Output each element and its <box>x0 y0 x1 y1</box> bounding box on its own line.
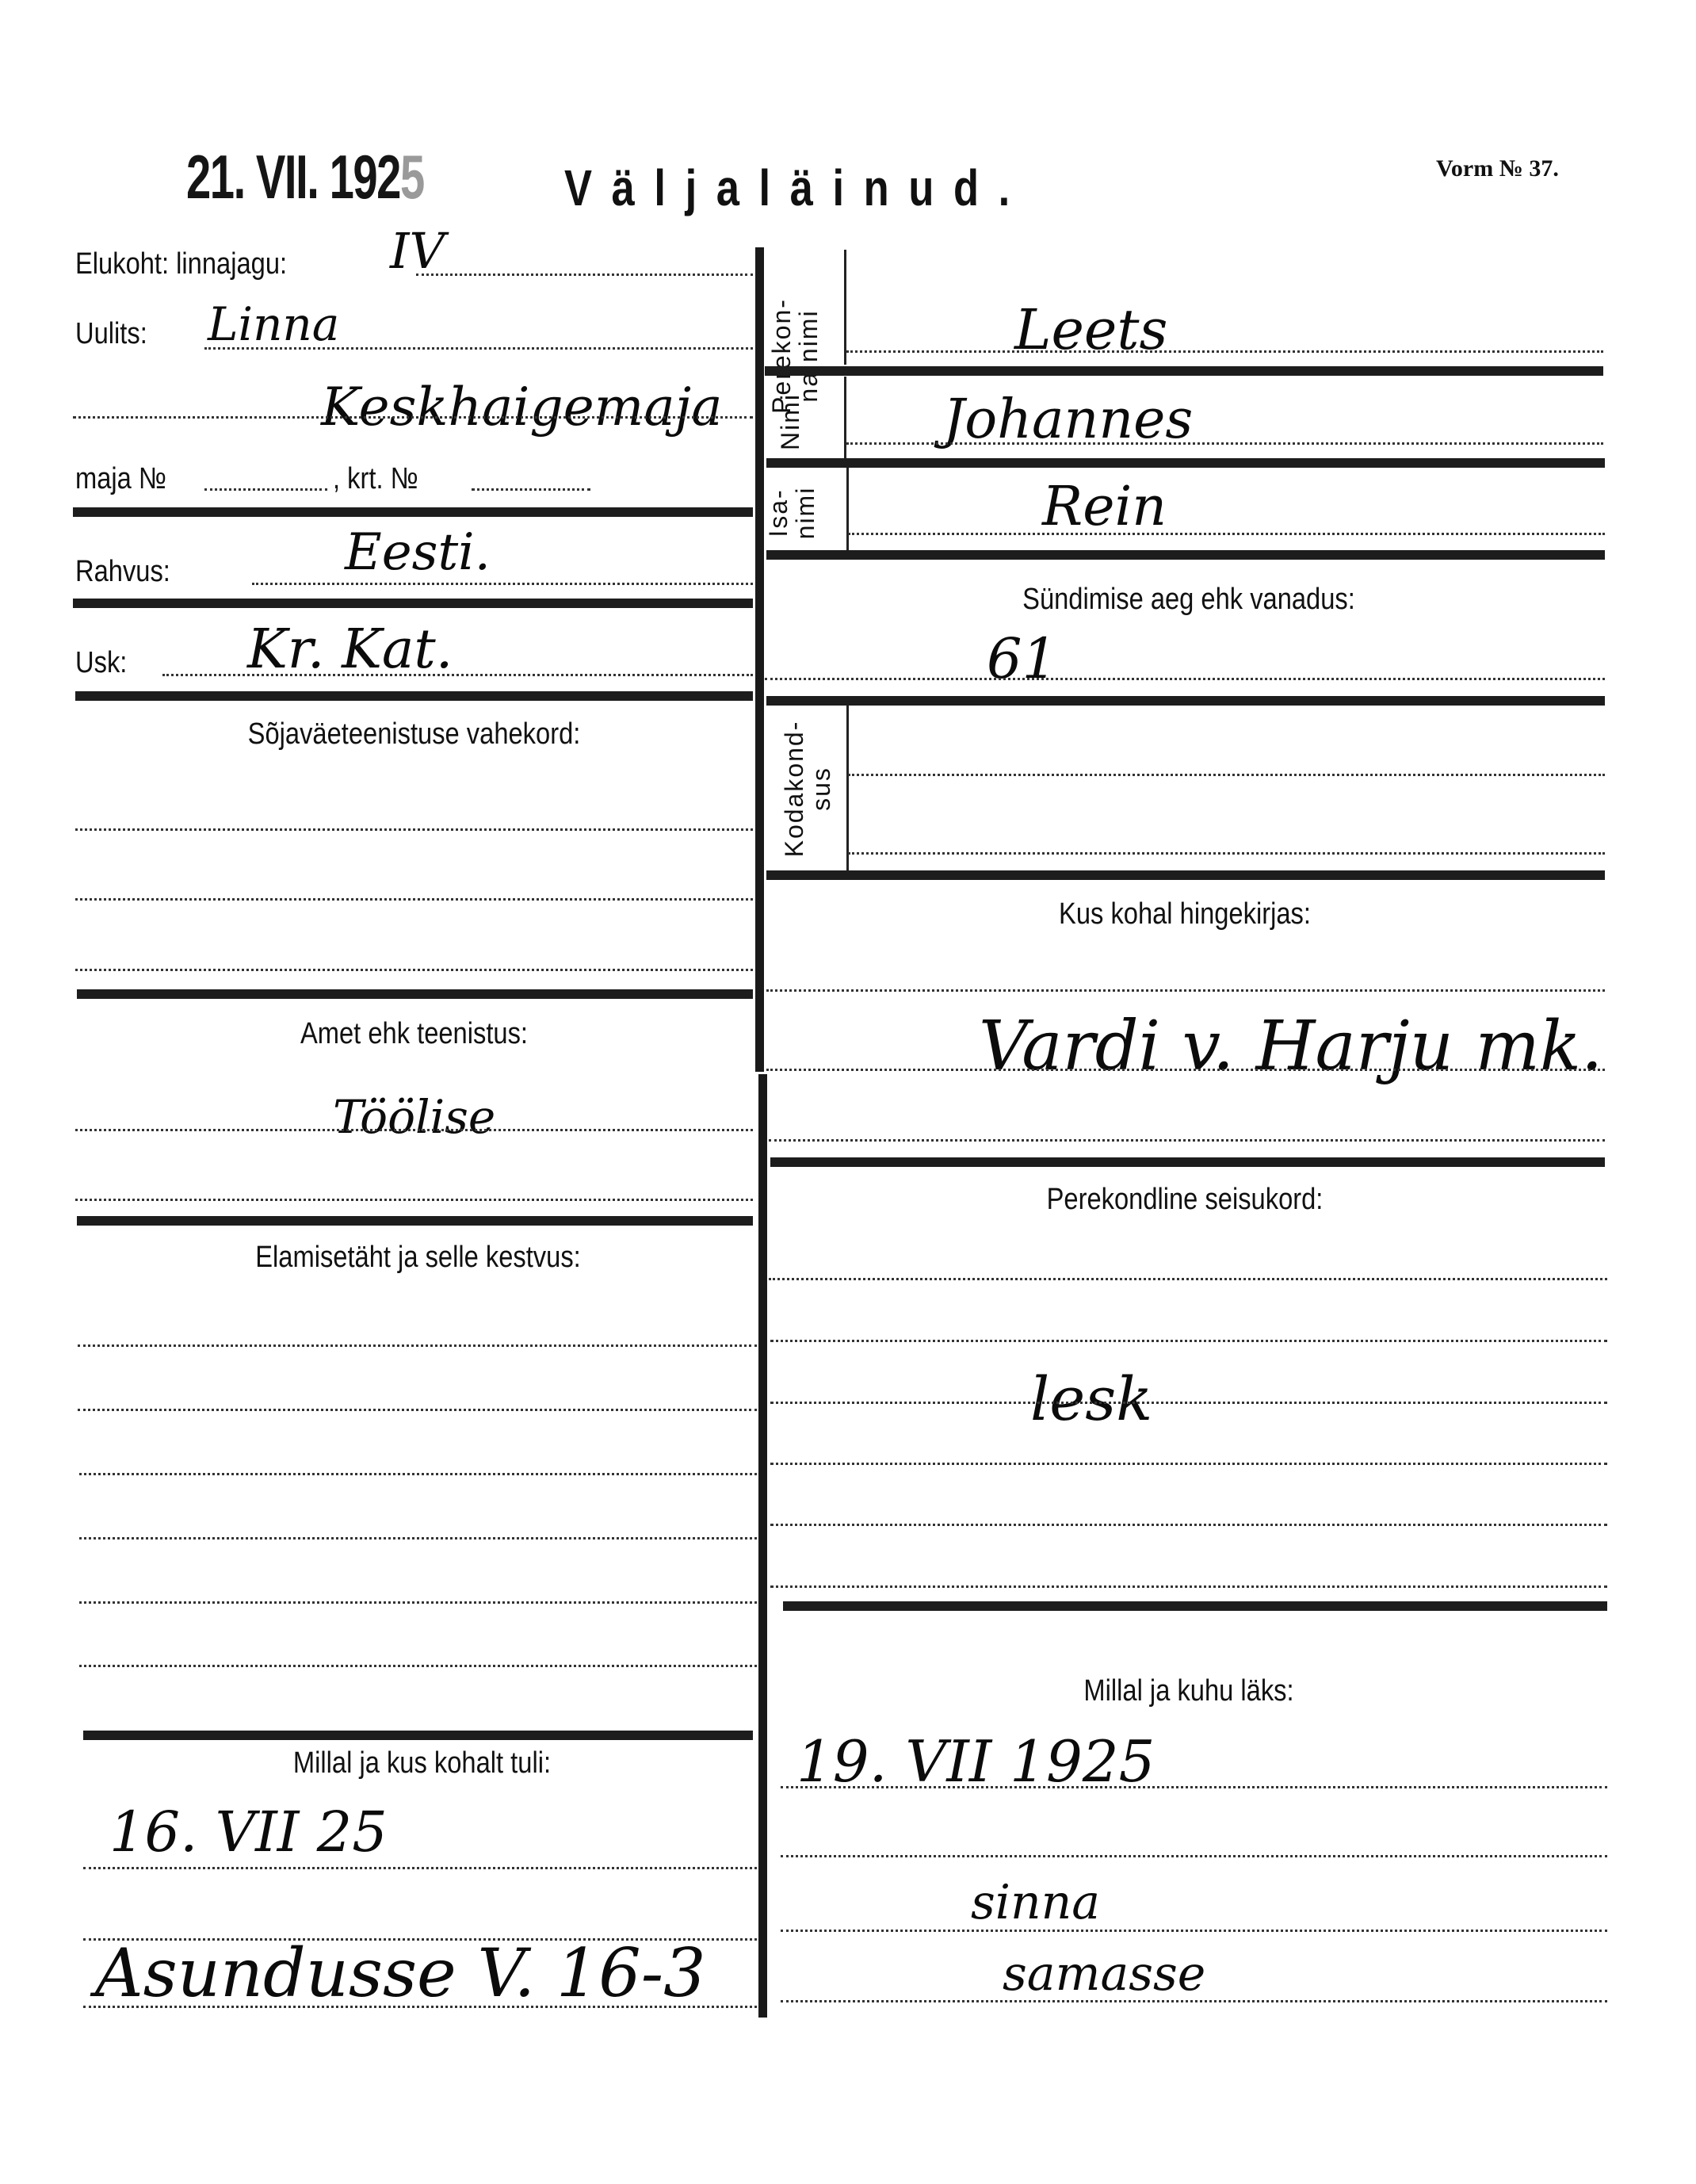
sojavae-line-3 <box>75 969 753 971</box>
hingekirjas-line-2 <box>766 1069 1605 1071</box>
usk-line <box>162 674 753 676</box>
hingekirjas-line-3 <box>769 1139 1605 1142</box>
hingekirjas-value: Vardi v. Harju mk. <box>979 1007 1602 1086</box>
usk-value: Kr. Kat. <box>247 618 453 681</box>
received-date-stamp: 21. VII. 1925 <box>186 141 424 213</box>
hingekirjas-label: Kus kohal hingekirjas: <box>827 897 1543 931</box>
tuli-label: Millal ja kus kohalt tuli: <box>134 1746 710 1780</box>
sundimise-label: Sündimise aeg ehk vanadus: <box>848 583 1530 617</box>
kodakondsus-side-label: Kodakond- sus <box>781 710 836 868</box>
elukoht-label: Elukoht: linnajagu: <box>75 247 287 281</box>
amet-line-2 <box>75 1199 753 1201</box>
column-divider-lower <box>758 1074 767 2018</box>
stamp-faint-digit: 5 <box>400 142 424 212</box>
elamisetaht-line-4 <box>79 1537 757 1540</box>
elamisetaht-line-3 <box>79 1473 757 1475</box>
sojavae-label: Sõjaväeteenistuse vahekord: <box>123 717 705 752</box>
amet-value: Töölise <box>333 1090 495 1144</box>
perekondline-line-5 <box>770 1524 1607 1526</box>
kodakondsus-line-2 <box>848 852 1605 855</box>
section-rule <box>73 507 753 517</box>
side-label-line-2: sus <box>808 710 835 868</box>
section-rule <box>783 1601 1607 1611</box>
form-title: Väljaläinud. <box>564 159 1029 217</box>
elukoht-value: IV <box>390 222 445 280</box>
perekondline-line-2 <box>770 1340 1607 1342</box>
laks-line-2 <box>781 1855 1607 1857</box>
perekondline-line-1 <box>769 1278 1607 1280</box>
section-rule <box>766 870 1605 880</box>
uulits-label: Uulits: <box>75 317 147 351</box>
tuli-line-1 <box>83 1867 757 1869</box>
section-rule <box>770 1157 1605 1167</box>
perekondline-line-3 <box>770 1402 1607 1404</box>
hingekirjas-line-1 <box>766 989 1605 992</box>
krt-number-line <box>472 488 590 491</box>
laks-label: Millal ja kuhu läks: <box>835 1674 1543 1708</box>
side-label-divider <box>844 250 846 365</box>
section-rule <box>73 599 753 608</box>
laks-line-4 <box>781 2000 1607 2002</box>
perekonnanimi-line <box>846 350 1603 353</box>
nimi-side-label: Nimi <box>777 378 808 465</box>
column-divider-upper <box>755 247 764 1072</box>
side-label-divider <box>844 377 846 464</box>
elamisetaht-line-2 <box>78 1409 757 1411</box>
rahvus-label: Rahvus: <box>75 555 170 589</box>
sojavae-line-1 <box>75 828 753 831</box>
form-number: Vorm № 37. <box>1436 155 1559 182</box>
elamisetaht-line-1 <box>78 1344 757 1347</box>
uulits-line <box>204 347 753 350</box>
nimi-line <box>846 442 1603 445</box>
laks-line-3 <box>781 1930 1607 1932</box>
laks-place-1: sinna <box>971 1875 1100 1930</box>
maja-number-line <box>204 488 327 491</box>
uulits-line-2 <box>73 416 753 419</box>
section-rule <box>77 989 753 999</box>
isanimi-value: Rein <box>1042 476 1167 538</box>
perekondline-line-4 <box>770 1463 1607 1465</box>
uulits-value: Linna <box>208 297 339 351</box>
section-rule <box>77 1216 753 1226</box>
elamisetaht-line-6 <box>79 1665 757 1667</box>
side-label-line-1: Kodakond- <box>781 710 808 868</box>
section-rule <box>83 1731 753 1740</box>
side-label-line-2: nimi <box>792 469 819 557</box>
tuli-line-3 <box>83 2006 757 2008</box>
elukoht-line <box>416 273 753 276</box>
section-rule <box>766 458 1605 468</box>
rahvus-line <box>252 583 753 585</box>
isanimi-line <box>848 533 1605 535</box>
sundimise-value: 61 <box>987 626 1057 691</box>
amet-line <box>75 1129 753 1131</box>
maja-label: maja № <box>75 462 166 496</box>
section-rule <box>765 366 1603 376</box>
stamp-date-text: 21. VII. 192 <box>186 142 400 212</box>
sundimise-line <box>765 678 1605 680</box>
side-label-line-1: Nimi <box>777 378 804 465</box>
krt-label: , krt. № <box>333 462 418 496</box>
isanimi-side-label: Isa- nimi <box>765 469 820 557</box>
tuli-place: Asundusse V. 16-3 <box>95 1934 706 2012</box>
section-rule <box>75 691 753 701</box>
perekondline-line-6 <box>770 1585 1607 1588</box>
side-label-line-1: Isa- <box>765 469 792 557</box>
usk-label: Usk: <box>75 646 127 680</box>
side-label-divider <box>846 706 849 872</box>
elamisetaht-label: Elamisetäht ja selle kestvus: <box>127 1241 709 1275</box>
section-rule <box>766 550 1605 560</box>
perekondline-label: Perekondline seisukord: <box>827 1183 1543 1217</box>
elamisetaht-line-5 <box>79 1601 757 1604</box>
side-label-divider <box>846 468 849 551</box>
laks-date: 19. VII 1925 <box>796 1728 1155 1795</box>
uulits-value-line2: Keskhaigemaja <box>321 377 722 438</box>
sojavae-line-2 <box>75 898 753 901</box>
perekondline-value: lesk <box>1030 1364 1152 1434</box>
section-rule <box>766 696 1605 706</box>
rahvus-value: Eesti. <box>345 523 491 582</box>
amet-label: Amet ehk teenistus: <box>123 1017 705 1051</box>
kodakondsus-line-1 <box>848 774 1605 776</box>
laks-line-1 <box>781 1786 1607 1788</box>
tuli-date: 16. VII 25 <box>109 1800 388 1865</box>
laks-place-2: samasse <box>1003 1946 1205 2002</box>
